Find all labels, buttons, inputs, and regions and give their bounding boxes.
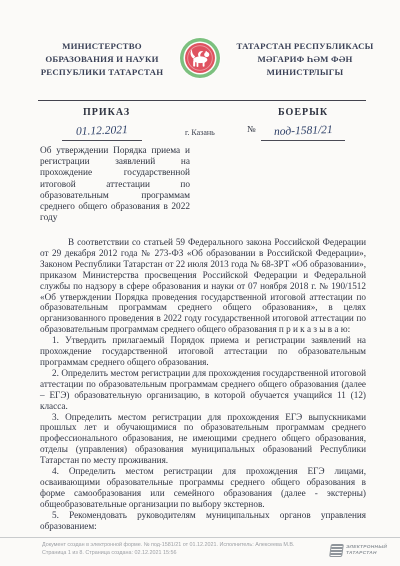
number-sign: № xyxy=(247,124,256,134)
ministry-name-ru-line: МИНИСТЕРСТВО xyxy=(34,40,170,53)
order-body: В соответствии со статьей 59 Федеральног… xyxy=(40,237,366,531)
city-label: г. Казань xyxy=(185,128,215,137)
ministry-name-tt-line: ТАТАРСТАН РЕСПУБЛИКАСЫ xyxy=(230,40,380,53)
handwritten-date: 01.12.2021 xyxy=(76,124,128,138)
ministry-name-ru-line: РЕСПУБЛИКИ ТАТАРСТАН xyxy=(34,66,170,79)
ministry-name-tatar: ТАТАРСТАН РЕСПУБЛИКАСЫ МӘГАРИФ ҺӘМ ФӘН М… xyxy=(230,40,380,79)
order-title: Об утверждении Порядка приема и регистра… xyxy=(40,146,190,224)
ministry-name-ru-line: ОБРАЗОВАНИЯ И НАУКИ xyxy=(34,53,170,66)
preamble-paragraph: В соответствии со статьей 59 Федеральног… xyxy=(40,237,366,335)
order-item-5: 5. Рекомендовать руководителям муниципал… xyxy=(40,510,366,532)
electronic-tatarstan-logo: ЭЛЕКТРОННЫЙ ТАТАРСТАН xyxy=(330,544,387,557)
order-label-tatar: БОЕРЫК xyxy=(278,107,328,118)
footer-meta-line2: Страница 1 из 8. Страница создана: 02.12… xyxy=(42,550,294,558)
electronic-tatarstan-label: ЭЛЕКТРОННЫЙ ТАТАРСТАН xyxy=(346,545,387,556)
ministry-name-tt-line: МӘГАРИФ ҺӘМ ФӘН xyxy=(230,53,380,66)
date-field: 01.12.2021 xyxy=(62,121,142,141)
handwritten-number: под-1581/21 xyxy=(273,124,332,138)
number-field: под-1581/21 xyxy=(261,121,345,141)
electronic-tatarstan-icon xyxy=(329,544,344,557)
footer-meta: Документ создан в электронной форме. № п… xyxy=(42,542,294,558)
scanned-order-document: МИНИСТЕРСТВО ОБРАЗОВАНИЯ И НАУКИ РЕСПУБЛ… xyxy=(0,0,400,566)
order-item-1: 1. Утвердить прилагаемый Порядок приема … xyxy=(40,335,366,368)
logo-text-line2: ТАТАРСТАН xyxy=(346,551,387,557)
footer-divider xyxy=(0,537,400,538)
tatarstan-coat-of-arms-icon xyxy=(178,36,222,80)
order-item-3: 3. Определить местом регистрации для про… xyxy=(40,412,366,467)
footer-meta-line1: Документ создан в электронной форме. № п… xyxy=(42,542,294,550)
logo-text-line1: ЭЛЕКТРОННЫЙ xyxy=(346,545,387,551)
letterhead-divider xyxy=(38,100,366,101)
order-label-russian: ПРИКАЗ xyxy=(83,107,130,118)
ministry-name-russian: МИНИСТЕРСТВО ОБРАЗОВАНИЯ И НАУКИ РЕСПУБЛ… xyxy=(34,40,170,79)
ministry-name-tt-line: МИНИСТРЛЫГЫ xyxy=(230,66,380,79)
order-item-4: 4. Определить местом регистрации для про… xyxy=(40,466,366,510)
order-item-2: 2. Определить местом регистрации для про… xyxy=(40,368,366,412)
